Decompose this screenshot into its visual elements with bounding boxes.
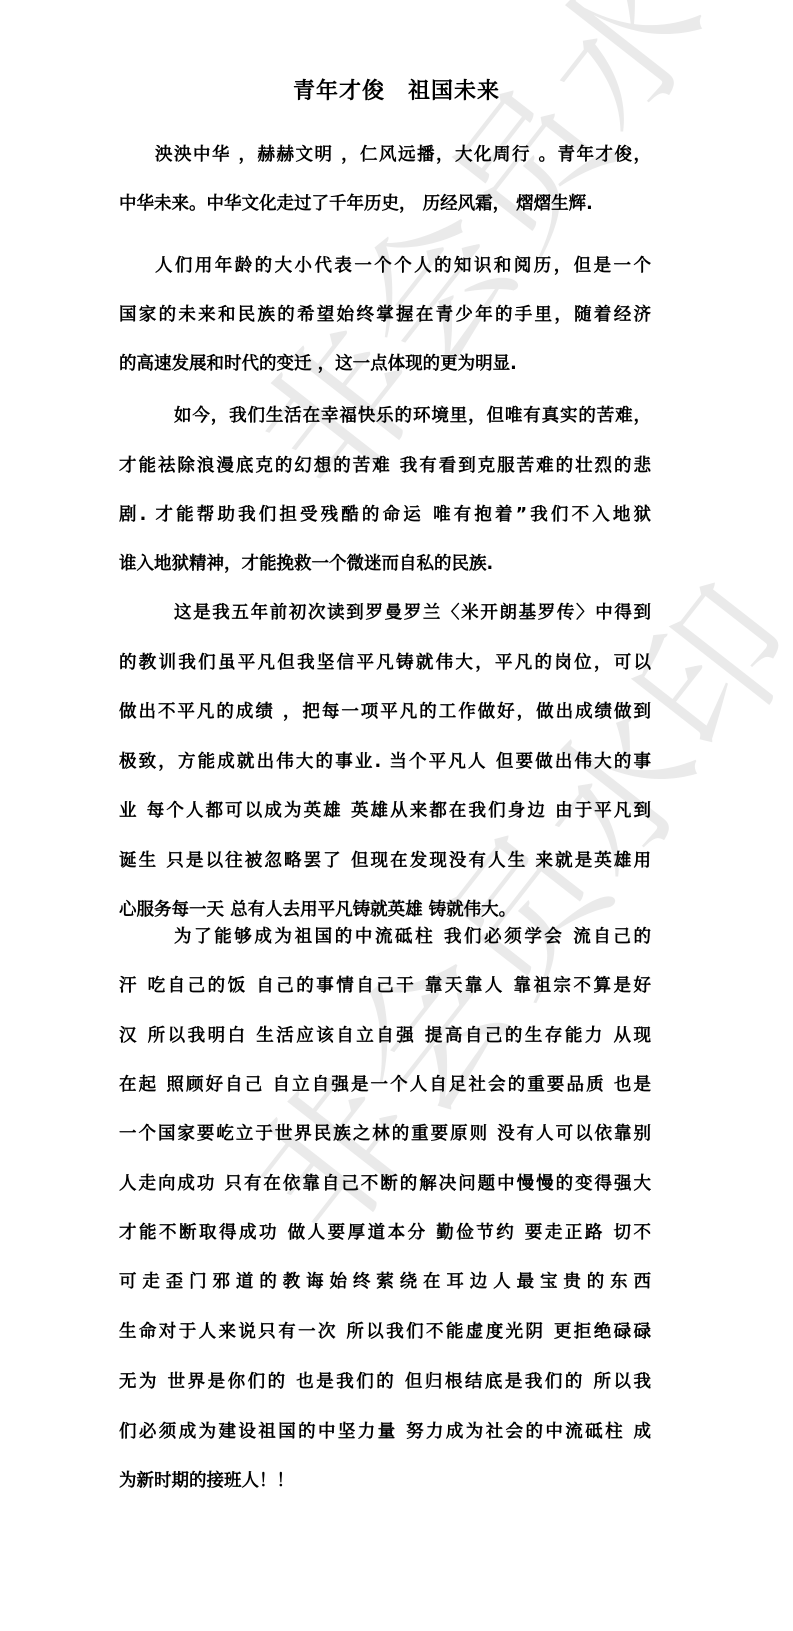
paragraph-line: 极致，方能成就出伟大的事业. 当个平凡人 但要做出伟大的事 bbox=[119, 750, 651, 774]
paragraph-line: 无为 世界是你们的 也是我们的 但归根结底是我们的 所以我 bbox=[119, 1370, 651, 1394]
paragraph-line: 汗 吃自己的饭 自己的事情自己干 靠天靠人 靠祖宗不算是好 bbox=[119, 974, 651, 998]
paragraph-line: 为新时期的接班人！！ bbox=[119, 1469, 651, 1493]
paragraph-line: 谁入地狱精神，才能挽救一个微迷而自私的民族. bbox=[119, 552, 651, 576]
paragraph-line: 人走向成功 只有在依靠自己不断的解决问题中慢慢的变得强大 bbox=[119, 1172, 651, 1196]
paragraph-line: 汉 所以我明白 生活应该自立自强 提高自己的生存能力 从现 bbox=[119, 1024, 651, 1048]
paragraph-line: 才能祛除浪漫底克的幻想的苦难 我有看到克服苦难的壮烈的悲 bbox=[119, 454, 651, 478]
paragraph-line: 生命对于人来说只有一次 所以我们不能虚度光阴 更拒绝碌碌 bbox=[119, 1320, 651, 1344]
paragraph-line: 诞生 只是以往被忽略罢了 但现在发现没有人生 来就是英雄用 bbox=[119, 849, 651, 873]
paragraph-line: 国家的未来和民族的希望始终掌握在青少年的手里，随着经济 bbox=[119, 303, 651, 327]
paragraph-line: 一个国家要屹立于世界民族之林的重要原则 没有人可以依靠别 bbox=[119, 1122, 651, 1146]
paragraph-line: 在起 照顾好自己 自立自强是一个人自足社会的重要品质 也是 bbox=[119, 1073, 651, 1097]
paragraph-line: 才能不断取得成功 做人要厚道本分 勤俭节约 要走正路 切不 bbox=[119, 1221, 651, 1245]
paragraph-line: 可走歪门邪道的教诲始终萦绕在耳边人最宝贵的东西 bbox=[119, 1270, 651, 1294]
paragraph-line: 业 每个人都可以成为英雄 英雄从来都在我们身边 由于平凡到 bbox=[119, 799, 651, 823]
paragraph-line: 做出不平凡的成绩 ，把每一项平凡的工作做好，做出成绩做到 bbox=[119, 700, 651, 724]
document-title: 青年才俊 祖国未来 bbox=[0, 74, 793, 105]
paragraph-line: 的高速发展和时代的变迁 ，这一点体现的更为明显. bbox=[119, 352, 651, 376]
paragraph-line: 人们用年龄的大小代表一个个人的知识和阅历，但是一个 bbox=[155, 254, 651, 278]
paragraph-line: 们必须成为建设祖国的中坚力量 努力成为社会的中流砥柱 成 bbox=[119, 1420, 651, 1444]
paragraph-line: 心服务每一天 总有人去用平凡铸就英雄 铸就伟大。 bbox=[119, 898, 651, 922]
paragraph-line: 的教训我们虽平凡但我坚信平凡铸就伟大，平凡的岗位，可以 bbox=[119, 651, 651, 675]
paragraph-line: 泱泱中华 ，赫赫文明 ，仁风远播，大化周行 。青年才俊， bbox=[155, 143, 651, 167]
document-page: 非会员水印 非会员水印 青年才俊 祖国未来 泱泱中华 ，赫赫文明 ，仁风远播，大… bbox=[0, 0, 793, 1631]
paragraph-line: 中华未来。中华文化走过了千年历史， 历经风霜， 熠熠生辉. bbox=[119, 192, 651, 216]
paragraph-line: 这是我五年前初次读到罗曼罗兰〈米开朗基罗传〉中得到 bbox=[174, 601, 651, 625]
paragraph-line: 为了能够成为祖国的中流砥柱 我们必须学会 流自己的 bbox=[174, 925, 651, 949]
paragraph-line: 如今，我们生活在幸福快乐的环境里，但唯有真实的苦难， bbox=[174, 404, 651, 428]
paragraph-line: 剧. 才能帮助我们担受残酷的命运 唯有抱着”我们不入地狱 bbox=[119, 503, 651, 527]
